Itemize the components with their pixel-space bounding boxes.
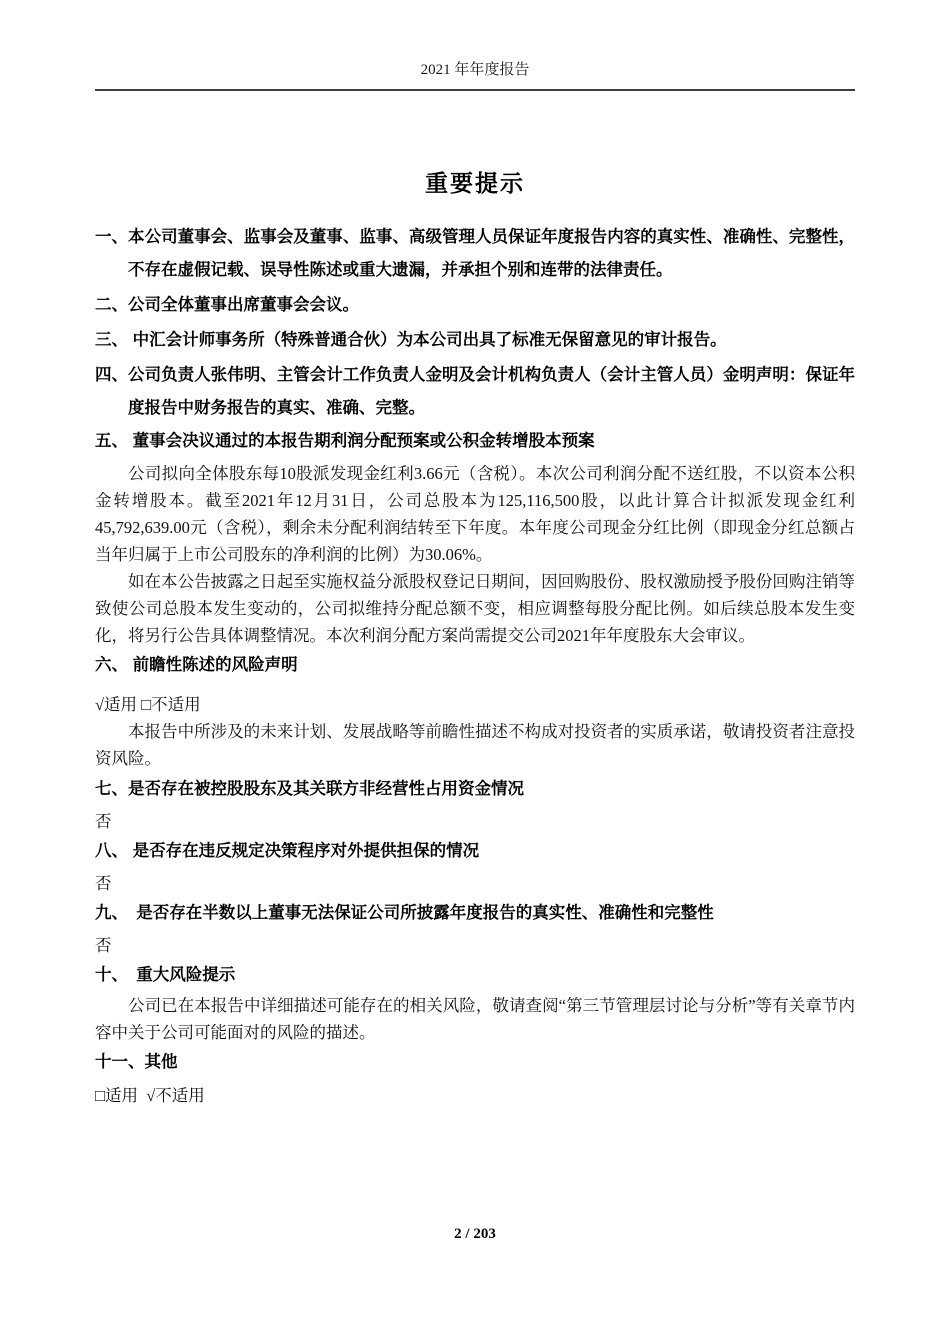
applicable-line-forward-looking: √适用 □不适用 — [95, 691, 855, 718]
item-6-forward-looking-statement: 六、 前瞻性陈述的风险声明 — [95, 649, 855, 682]
annual-report-page: 2021 年年度报告 重要提示 一、本公司董事会、监事会及董事、监事、高级管理人… — [0, 0, 950, 1344]
item-7-fund-occupation: 七、是否存在被控股股东及其关联方非经营性占用资金情况 — [95, 773, 855, 806]
item-2-directors-attendance: 二、公司全体董事出席董事会会议。 — [95, 289, 855, 322]
running-header-text: 2021 年年度报告 — [421, 62, 530, 78]
item-4-responsible-persons-declaration: 四、公司负责人张伟明、主管会计工作负责人金明及会计机构负责人（会计主管人员）金明… — [95, 359, 855, 425]
answer-item-7: 否 — [95, 808, 855, 835]
page-footer: 2 / 203 — [0, 1226, 950, 1243]
running-header: 2021 年年度报告 — [95, 0, 855, 80]
para-dividend-adjustment: 如在本公告披露之日起至实施权益分派股权登记日期间，因回购股份、股权激励授予股份回… — [95, 568, 855, 649]
header-divider — [95, 89, 855, 91]
page-number: 2 / 203 — [454, 1226, 496, 1242]
para-dividend-details: 公司拟向全体股东每10股派发现金红利3.66元（含税）。本次公司利润分配不送红股… — [95, 460, 855, 568]
answer-item-9: 否 — [95, 932, 855, 959]
item-11-other: 十一、其他 — [95, 1046, 855, 1079]
item-1-board-guarantee: 一、本公司董事会、监事会及董事、监事、高级管理人员保证年度报告内容的真实性、准确… — [95, 221, 855, 287]
item-8-external-guarantee: 八、 是否存在违反规定决策程序对外提供担保的情况 — [95, 835, 855, 868]
item-5-profit-distribution-plan: 五、 董事会决议通过的本报告期利润分配预案或公积金转增股本预案 — [95, 425, 855, 458]
applicable-line-other: □适用 √不适用 — [95, 1082, 855, 1109]
para-risk-description: 公司已在本报告中详细描述可能存在的相关风险，敬请查阅“第三节管理层讨论与分析”等… — [95, 992, 855, 1046]
item-10-major-risk-notice: 十、 重大风险提示 — [95, 959, 855, 992]
para-forward-looking-risk: 本报告中所涉及的未来计划、发展战略等前瞻性描述不构成对投资者的实质承诺，敬请投资… — [95, 718, 855, 772]
answer-item-8: 否 — [95, 870, 855, 897]
page-title: 重要提示 — [95, 167, 855, 199]
item-9-directors-unable-to-guarantee: 九、 是否存在半数以上董事无法保证公司所披露年度报告的真实性、准确性和完整性 — [95, 897, 855, 930]
item-3-audit-report: 三、 中汇会计师事务所（特殊普通合伙）为本公司出具了标准无保留意见的审计报告。 — [95, 324, 855, 357]
